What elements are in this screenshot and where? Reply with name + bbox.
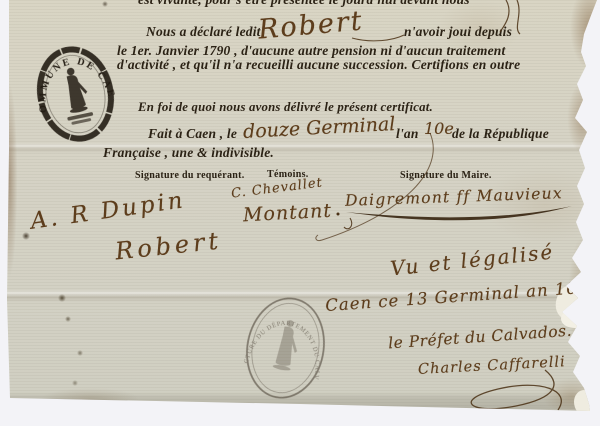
declaration-line3: d'activité , et qu'il n'a recueilli aucu… [117,57,520,73]
commune-stamp-figure [57,65,94,125]
torn-edge-fiber [574,390,596,416]
label-signature-maire: Signature du Maire. [400,170,492,181]
dateline-pre: Fait à Caen , le [148,126,237,142]
dateline-mid: l'an [396,126,419,142]
dateline-cont: Française , une & indivisible. [103,145,274,161]
declaration-pre: Nous a déclaré ledit [146,24,261,40]
dateline-year-script: 10e [424,119,454,138]
declaration-post: n'avoir joui depuis [404,24,512,40]
certificate-top-line: est vivante, pour s'être présentée le jo… [138,0,470,8]
witness-signature-montant: Montant [242,200,332,227]
paper-sheet: est vivante, pour s'être présentée le jo… [0,0,600,426]
dateline-post: de la République [452,126,549,142]
document-photo: est vivante, pour s'être présentée le jo… [0,0,600,426]
label-signature-requerant: Signature du requérant. [135,170,245,181]
